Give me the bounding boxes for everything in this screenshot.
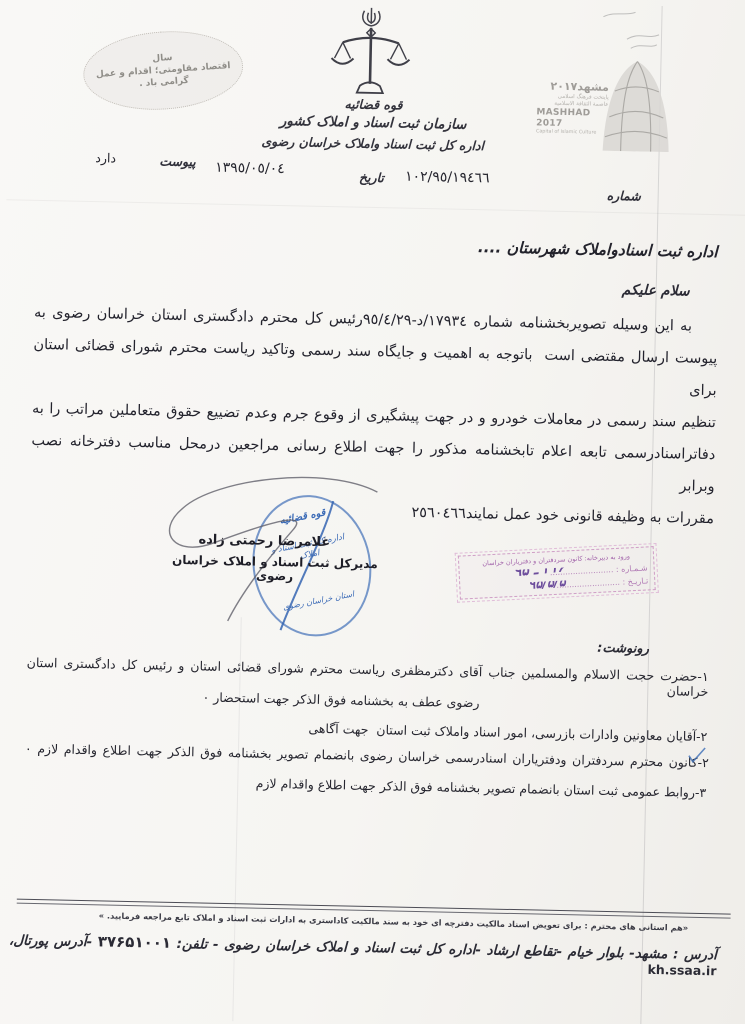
salutation-line: سلام علیکم — [600, 282, 712, 300]
letter-number-label: شماره — [607, 188, 641, 204]
scanned-letter-page: سال اقتصاد مقاومتی؛ اقدام و عمل گرامی با… — [0, 0, 745, 1024]
letter-date-value: ١٣٩٥/٠٥/٠٤ — [215, 160, 285, 177]
footer-address: آدرس : مشهد- بلوار خیام -تقاطع ارشاد -اد… — [8, 930, 717, 979]
phone-number: ۳۷۶۵۱۰۰۱ — [98, 932, 172, 952]
scales-of-justice-emblem-icon — [329, 5, 413, 101]
mashhad-subtitle-en: Capital of Islamic Culture — [536, 129, 608, 136]
address-portal-label: -آدرس پورتال، — [9, 932, 98, 950]
cc-line-4: ٢-کانون محترم سردفتران ودفتریاران اسنادر… — [25, 741, 709, 770]
letterhead-titles: قوه قضائیه سازمان ثبت اسناد و املاک کشور… — [213, 94, 534, 155]
organization-title: سازمان ثبت اسناد و املاک کشور — [213, 112, 533, 135]
cc-line-5: ٣-روابط عمومی ثبت استان بانضمام تصویر بخ… — [222, 775, 706, 800]
entry-stamp-number-label: شـمـاره : — [616, 563, 648, 574]
mashhad-logo-text: مشهد۲۰۱۷ پایتخت فرهنگ اسلامی عاصمة الثقا… — [536, 79, 609, 136]
attachment-label: پیوست — [159, 153, 196, 169]
addressee-line: اداره ثبت اسنادواملاک شهرستان .... — [425, 237, 717, 261]
correction-checkmark-icon — [687, 747, 707, 765]
address-text: آدرس : مشهد- بلوار خیام -تقاطع ارشاد -اد… — [171, 936, 717, 963]
entry-stamp-number-value: ۴۱۶ ـ ۹۵ — [513, 563, 566, 580]
letter-number-value: ١٠٢/٩٥/١٩٤٦٦ — [405, 169, 490, 187]
cc-line-3: ٢-آقایان معاونین وادارات بازرسی، امور اس… — [223, 719, 707, 744]
scan-content: سال اقتصاد مقاومتی؛ اقدام و عمل گرامی با… — [0, 0, 745, 1024]
mashhad-2017-logo: مشهد۲۰۱۷ پایتخت فرهنگ اسلامی عاصمة الثقا… — [536, 43, 674, 152]
letter-date-label: تاریخ — [359, 170, 384, 186]
portal-url: kh.ssaa.ir — [647, 962, 716, 978]
cc-heading: رونوشت: — [597, 641, 707, 658]
slogan-line-1: سال — [152, 53, 173, 64]
attachment-value: دارد — [95, 150, 116, 165]
entry-stamp-date-value: ۹۵/۵/۵ — [528, 576, 567, 592]
mashhad-title-en: MASHHAD 2017 — [536, 107, 608, 131]
office-title: اداره کل ثبت اسناد واملاک خراسان رضوی — [213, 133, 533, 155]
mashhad-title-fa: مشهد۲۰۱۷ — [537, 79, 609, 94]
entry-stamp-date-label: تـاریـخ : — [622, 576, 648, 586]
dome-icon — [600, 57, 674, 152]
signer-title: مدیرکل ثبت اسناد و املاک خراسان رضوی — [167, 553, 384, 586]
slogan-line-3: گرامی باد . — [139, 76, 189, 89]
notary-entry-stamp: ورود به دبیرخانه: کانون سردفتران و دفتری… — [458, 546, 656, 600]
